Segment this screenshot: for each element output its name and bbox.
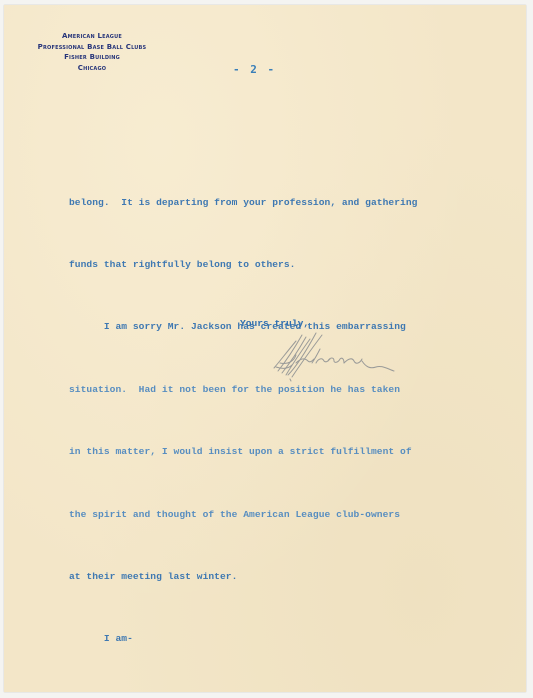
letterhead: American League Professional Base Ball C… (27, 31, 157, 73)
letterhead-organization: American League (27, 31, 157, 42)
letterhead-building: Fisher Building (27, 52, 157, 63)
page-number: - 2 - (233, 63, 276, 76)
signature-icon (266, 323, 401, 393)
body-line: the spirit and thought of the American L… (69, 505, 417, 526)
body-line: belong. It is departing from your profes… (69, 193, 417, 214)
body-line: in this matter, I would insist upon a st… (69, 442, 417, 463)
letterhead-city: Chicago (27, 63, 157, 74)
letter-body: belong. It is departing from your profes… (69, 151, 417, 692)
body-line: I am- (69, 629, 417, 650)
letterhead-subtitle: Professional Base Ball Clubs (27, 42, 157, 53)
letter-page: American League Professional Base Ball C… (4, 5, 526, 692)
body-line: funds that rightfully belong to others. (69, 255, 417, 276)
body-line: at their meeting last winter. (69, 567, 417, 588)
